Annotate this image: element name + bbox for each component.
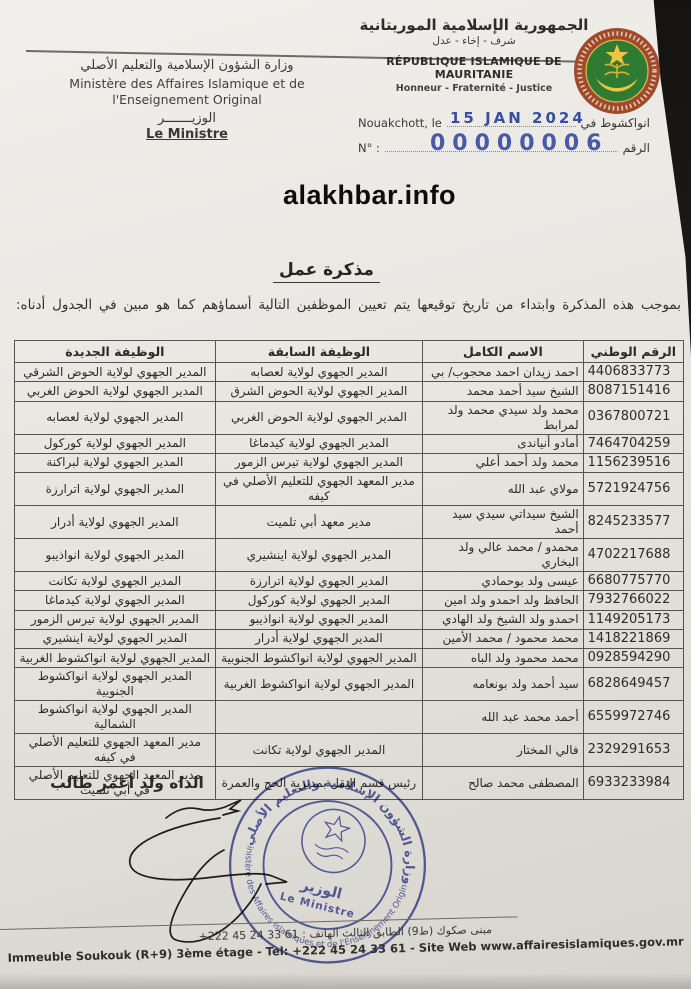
ministry-header-block: وزارة الشؤون الإسلامية والتعليم الأصلي M… [26, 58, 348, 142]
national-id-cell: 1149205173 [583, 610, 683, 629]
table-row: 5721924756مولاي عبد اللهمدير المعهد الجه… [15, 473, 684, 506]
table-row: 1156239516محمد ولد أحمد أعليالمدير الجهو… [15, 453, 684, 472]
new-position-cell: المدير الجهوي لولاية انواكشوط الشمالية [15, 701, 216, 734]
number-line: N° : الرقم 00000006 [358, 141, 650, 155]
previous-position-cell: المدير الجهوي لولاية كوركول [215, 591, 422, 610]
new-position-cell: مدير المعهد الجهوي للتعليم الأصلي في كيف… [15, 734, 216, 767]
minister-title-french: Le Ministre [26, 127, 348, 142]
new-position-cell: المدير الجهوي لولاية تيرس الزمور [15, 610, 216, 629]
national-id-cell: 6680775770 [583, 572, 683, 591]
table-row: 8245233577الشيخ سيداتي سيدي سيد أحمدمدير… [15, 506, 684, 539]
date-stamp: 15 JAN 2024 [450, 109, 586, 127]
new-position-cell: المدير الجهوي لولاية لعصابه [15, 401, 216, 434]
table-row: 4702217688محمدو / محمد عالي ولد البخاريا… [15, 539, 684, 572]
republic-header-block: الجمهورية الإسلامية الموريتانية شرف - إخ… [348, 16, 600, 94]
full-name-cell: الحافظ ولد احمدو ولد امين [423, 591, 584, 610]
national-id-cell: 4406833773 [583, 363, 683, 382]
national-id-cell: 5721924756 [583, 473, 683, 506]
new-position-cell: المدير الجهوي لولاية الحوض الشرقي [15, 363, 216, 382]
number-stamp: 00000006 [430, 131, 608, 156]
previous-position-cell: مدير المعهد الجهوي للتعليم الأصلي في كيف… [215, 473, 422, 506]
previous-position-cell: المدير الجهوي لولاية لعصابه [215, 363, 422, 382]
number-label-arabic: الرقم [623, 141, 650, 155]
previous-position-cell: المدير الجهوي لولاية انواذيبو [215, 610, 422, 629]
previous-position-cell: المدير الجهوي لولاية انواكشوط الغربية [215, 668, 422, 701]
national-motto-french: Honneur - Fraternité - Justice [348, 83, 600, 94]
full-name-cell: عيسى ولد بوحمادي [423, 572, 584, 591]
full-name-cell: احمدو ولد الشيخ ولد الهادي [423, 610, 584, 629]
new-position-header: الوظيفة الجديدة [15, 341, 216, 363]
appointments-table: الرقم الوطنيالاسم الكاملالوظيفة السابقةا… [14, 340, 684, 800]
national-id-cell: 6933233984 [583, 767, 683, 800]
signatory-name: الداه ولد أعمر طالب [38, 774, 216, 792]
full-name-cell: محمد ولد سيدي محمد ولد لمرابط [423, 401, 584, 434]
full-name-header: الاسم الكامل [423, 341, 584, 363]
previous-position-cell: المدير الجهوي لولاية انواكشوط الجنوبية [215, 649, 422, 668]
table-row: 0928594290محمد محمود ولد الباهالمدير الج… [15, 649, 684, 668]
place-label-arabic: انواكشوط في [581, 116, 650, 130]
national-id-cell: 0928594290 [583, 649, 683, 668]
date-line: Nouakchott, le انواكشوط في 15 JAN 2024 [358, 116, 650, 130]
memo-title-wrap: مذكرة عمل [0, 260, 653, 283]
full-name-cell: مولاي عبد الله [423, 473, 584, 506]
full-name-cell: محمد ولد أحمد أعلي [423, 453, 584, 472]
national-id-cell: 2329291653 [583, 734, 683, 767]
national-id-cell: 7932766022 [583, 591, 683, 610]
table-row: 7464704259أمادو أنياندىالمدير الجهوي لول… [15, 434, 684, 453]
national-id-cell: 1156239516 [583, 453, 683, 472]
table-row: 7932766022الحافظ ولد احمدو ولد امينالمدي… [15, 591, 684, 610]
national-motto-arabic: شرف - إخاء - عدل [348, 35, 600, 47]
previous-position-cell: المدير الجهوي لولاية اينشيري [215, 539, 422, 572]
national-id-cell: 4702217688 [583, 539, 683, 572]
new-position-cell: المدير الجهوي لولاية انواكشوط الغربية [15, 649, 216, 668]
republic-name-french: RÉPUBLIQUE ISLAMIQUE DE MAURITANIE [348, 55, 600, 81]
new-position-cell: المدير الجهوي لولاية انواكشوط الجنوبية [15, 668, 216, 701]
stamp-emblem-icon [295, 803, 371, 879]
table-row: 6680775770عيسى ولد بوحماديالمدير الجهوي … [15, 572, 684, 591]
previous-position-cell: المدير الجهوي لولاية تيرس الزمور [215, 453, 422, 472]
table-row: 1418221869محمد محمود / محمد الأمينالمدير… [15, 629, 684, 648]
previous-position-cell [215, 701, 422, 734]
previous-position-cell: مدير معهد أبي تلميت [215, 506, 422, 539]
table-row: 6559972746أحمد محمد عبد اللهالمدير الجهو… [15, 701, 684, 734]
full-name-cell: الشيخ سيد أحمد محمد [423, 382, 584, 401]
appointments-table-body: 4406833773احمد زيدان احمد محجوب/ بيالمدي… [15, 363, 684, 800]
national-id-cell: 1418221869 [583, 629, 683, 648]
photo-background: الجمهورية الإسلامية الموريتانية شرف - إخ… [0, 0, 691, 989]
previous-position-header: الوظيفة السابقة [215, 341, 422, 363]
memo-title: مذكرة عمل [273, 260, 380, 283]
new-position-cell: المدير الجهوي لولاية تكانت [15, 572, 216, 591]
new-position-cell: المدير الجهوي لولاية أدرار [15, 506, 216, 539]
national-id-cell: 7464704259 [583, 434, 683, 453]
new-position-cell: المدير الجهوي لولاية اترارزة [15, 473, 216, 506]
full-name-cell: محمد محمود ولد الباه [423, 649, 584, 668]
table-row: 1149205173احمدو ولد الشيخ ولد الهاديالمد… [15, 610, 684, 629]
memo-intro: بموجب هذه المذكرة وابتداء من تاريخ توقيع… [16, 297, 681, 313]
previous-position-cell: المدير الجهوي لولاية الحوض الغربي [215, 401, 422, 434]
place-label-french: Nouakchott, le [358, 116, 442, 130]
full-name-cell: أمادو أنياندى [423, 434, 584, 453]
previous-position-cell: المدير الجهوي لولاية أدرار [215, 629, 422, 648]
national-id-cell: 0367800721 [583, 401, 683, 434]
national-id-cell: 8245233577 [583, 506, 683, 539]
full-name-cell: محمدو / محمد عالي ولد البخاري [423, 539, 584, 572]
number-label-french: N° : [358, 141, 380, 155]
full-name-cell: محمد محمود / محمد الأمين [423, 629, 584, 648]
national-id-cell: 8087151416 [583, 382, 683, 401]
watermark-text: alakhbar.info [283, 180, 456, 211]
ministry-name-arabic: وزارة الشؤون الإسلامية والتعليم الأصلي [26, 58, 348, 73]
national-seal-logo [572, 26, 662, 120]
national-id-header: الرقم الوطني [583, 341, 683, 363]
full-name-cell: الشيخ سيداتي سيدي سيد أحمد [423, 506, 584, 539]
new-position-cell: المدير الجهوي لولاية كيدماغا [15, 591, 216, 610]
new-position-cell: المدير الجهوي لولاية الحوض الغربي [15, 382, 216, 401]
national-id-cell: 6828649457 [583, 668, 683, 701]
republic-name-arabic: الجمهورية الإسلامية الموريتانية [348, 16, 600, 34]
table-row: 6828649457سيد أحمد ولد بونعامهالمدير الج… [15, 668, 684, 701]
new-position-cell: المدير الجهوي لولاية اينشيري [15, 629, 216, 648]
table-row: 8087151416الشيخ سيد أحمد محمدالمدير الجه… [15, 382, 684, 401]
full-name-cell: أحمد محمد عبد الله [423, 701, 584, 734]
minister-title-arabic: الوزيـــــــر [26, 111, 348, 126]
previous-position-cell: المدير الجهوي لولاية الحوض الشرق [215, 382, 422, 401]
table-row: 4406833773احمد زيدان احمد محجوب/ بيالمدي… [15, 363, 684, 382]
national-id-cell: 6559972746 [583, 701, 683, 734]
full-name-cell: احمد زيدان احمد محجوب/ بي [423, 363, 584, 382]
new-position-cell: المدير الجهوي لولاية كوركول [15, 434, 216, 453]
new-position-cell: المدير الجهوي لولاية انواذيبو [15, 539, 216, 572]
previous-position-cell: المدير الجهوي لولاية كيدماغا [215, 434, 422, 453]
full-name-cell: فالي المختار [423, 734, 584, 767]
full-name-cell: سيد أحمد ولد بونعامه [423, 668, 584, 701]
table-row: 0367800721محمد ولد سيدي محمد ولد لمرابطا… [15, 401, 684, 434]
previous-position-cell: المدير الجهوي لولاية اترارزة [215, 572, 422, 591]
ministry-name-french: Ministère des Affaires Islamique et de l… [26, 76, 348, 107]
new-position-cell: المدير الجهوي لولاية لبراكنة [15, 453, 216, 472]
table-header-row: الرقم الوطنيالاسم الكاملالوظيفة السابقةا… [15, 341, 684, 363]
